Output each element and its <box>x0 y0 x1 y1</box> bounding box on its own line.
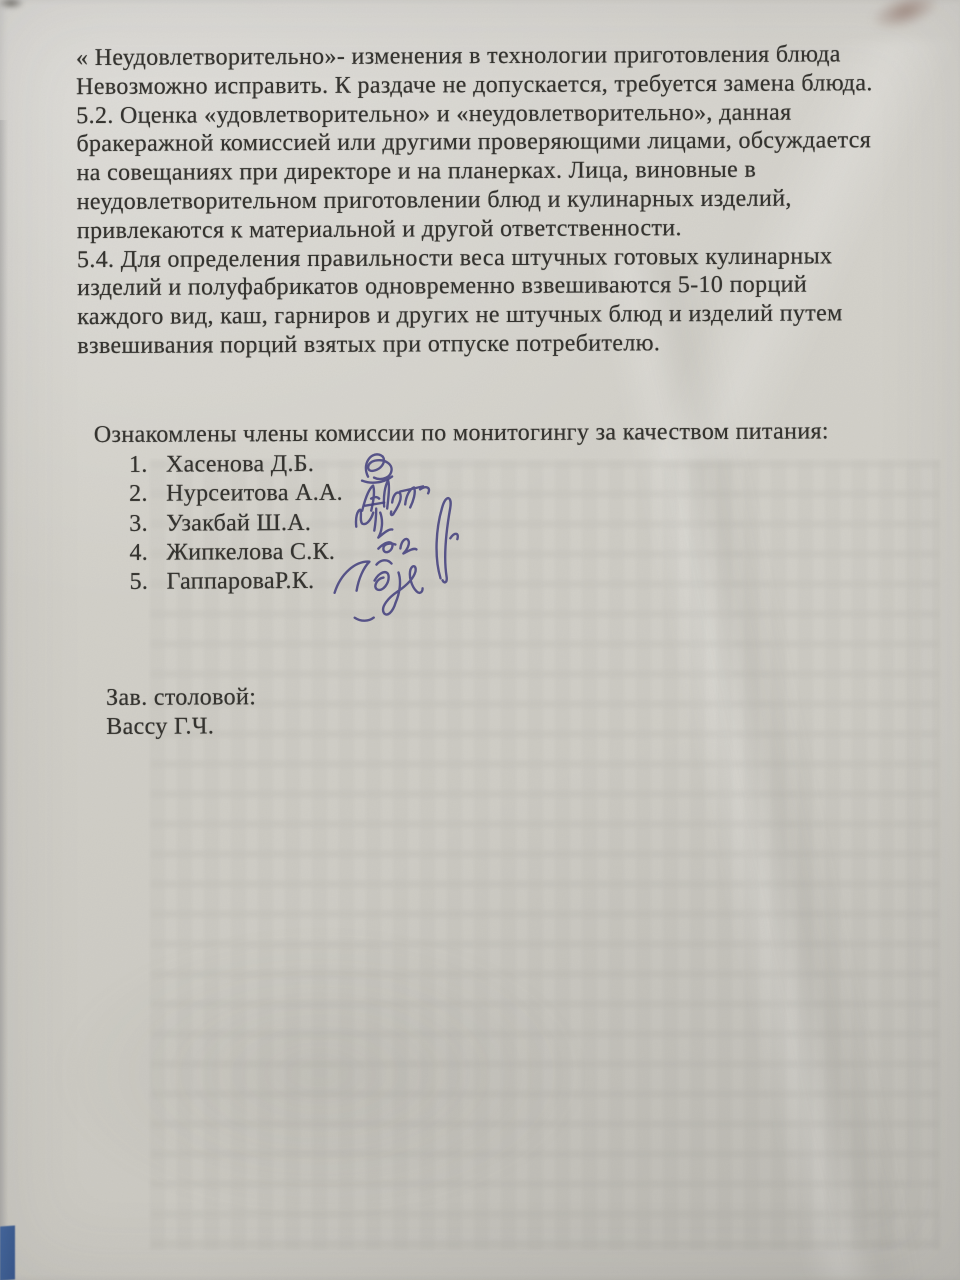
body-line: изделий и полуфабрикатов одновременно вз… <box>77 270 927 303</box>
handwritten-signature-nurseitova <box>362 480 429 515</box>
member-name: Нурсеитова А.А. <box>166 479 343 509</box>
body-line: Невозможно исправить. К раздаче не допус… <box>76 69 926 102</box>
member-number: 3. <box>129 509 166 538</box>
member-number: 4. <box>129 539 166 568</box>
signatures-ink-block <box>322 440 493 641</box>
signoff-role: Зав. столовой: <box>106 683 256 713</box>
body-line: привлекаются к материальной и другой отв… <box>77 213 927 246</box>
document-page: « Неудовлетворительно»- изменения в техн… <box>0 0 960 1280</box>
handwritten-signature-khasenova <box>362 454 392 482</box>
signoff-block: Зав. столовой: Вассу Г.Ч. <box>106 683 256 742</box>
body-line: неудовлетворительном приготовлении блюд … <box>77 184 927 217</box>
committee-member-row: 4. Жипкелова С.К. <box>129 538 343 568</box>
signoff-name: Вассу Г.Ч. <box>106 712 256 742</box>
body-paragraphs: « Неудовлетворительно»- изменения в техн… <box>76 40 928 361</box>
body-line: бракеражной комиссией или другими провер… <box>76 126 926 159</box>
member-name: Жипкелова С.К. <box>166 538 335 568</box>
body-line: 5.2. Оценка «удовлетворительно» и «неудо… <box>76 98 926 131</box>
handwritten-signature-gapparova <box>334 560 422 621</box>
committee-member-row: 3. Узакбай Ш.А. <box>129 508 343 538</box>
member-name: ГаппароваР.К. <box>166 567 314 597</box>
committee-member-row: 1. Хасенова Д.Б. <box>129 450 343 480</box>
body-line: взвешивания порций взятых при отпуске по… <box>77 328 927 361</box>
committee-member-row: 5. ГаппароваР.К. <box>129 567 343 597</box>
committee-member-list: 1. Хасенова Д.Б. 2. Нурсеитова А.А. 3. У… <box>129 450 343 598</box>
member-name: Хасенова Д.Б. <box>166 450 314 480</box>
body-line: « Неудовлетворительно»- изменения в техн… <box>76 40 926 73</box>
document-content: « Неудовлетворительно»- изменения в техн… <box>0 0 960 1280</box>
member-number: 2. <box>129 480 166 509</box>
body-line: на совещаниях при директоре и на планерк… <box>76 155 926 188</box>
member-name: Узакбай Ш.А. <box>166 509 311 539</box>
body-line: 5.4. Для определения правильности веса ш… <box>77 241 927 274</box>
member-number: 5. <box>129 568 166 597</box>
committee-member-row: 2. Нурсеитова А.А. <box>129 479 343 509</box>
body-line: каждого вид, каш, гарниров и других не ш… <box>77 299 927 332</box>
handwritten-signature-zhipkelova <box>378 498 458 583</box>
member-number: 1. <box>129 451 166 480</box>
